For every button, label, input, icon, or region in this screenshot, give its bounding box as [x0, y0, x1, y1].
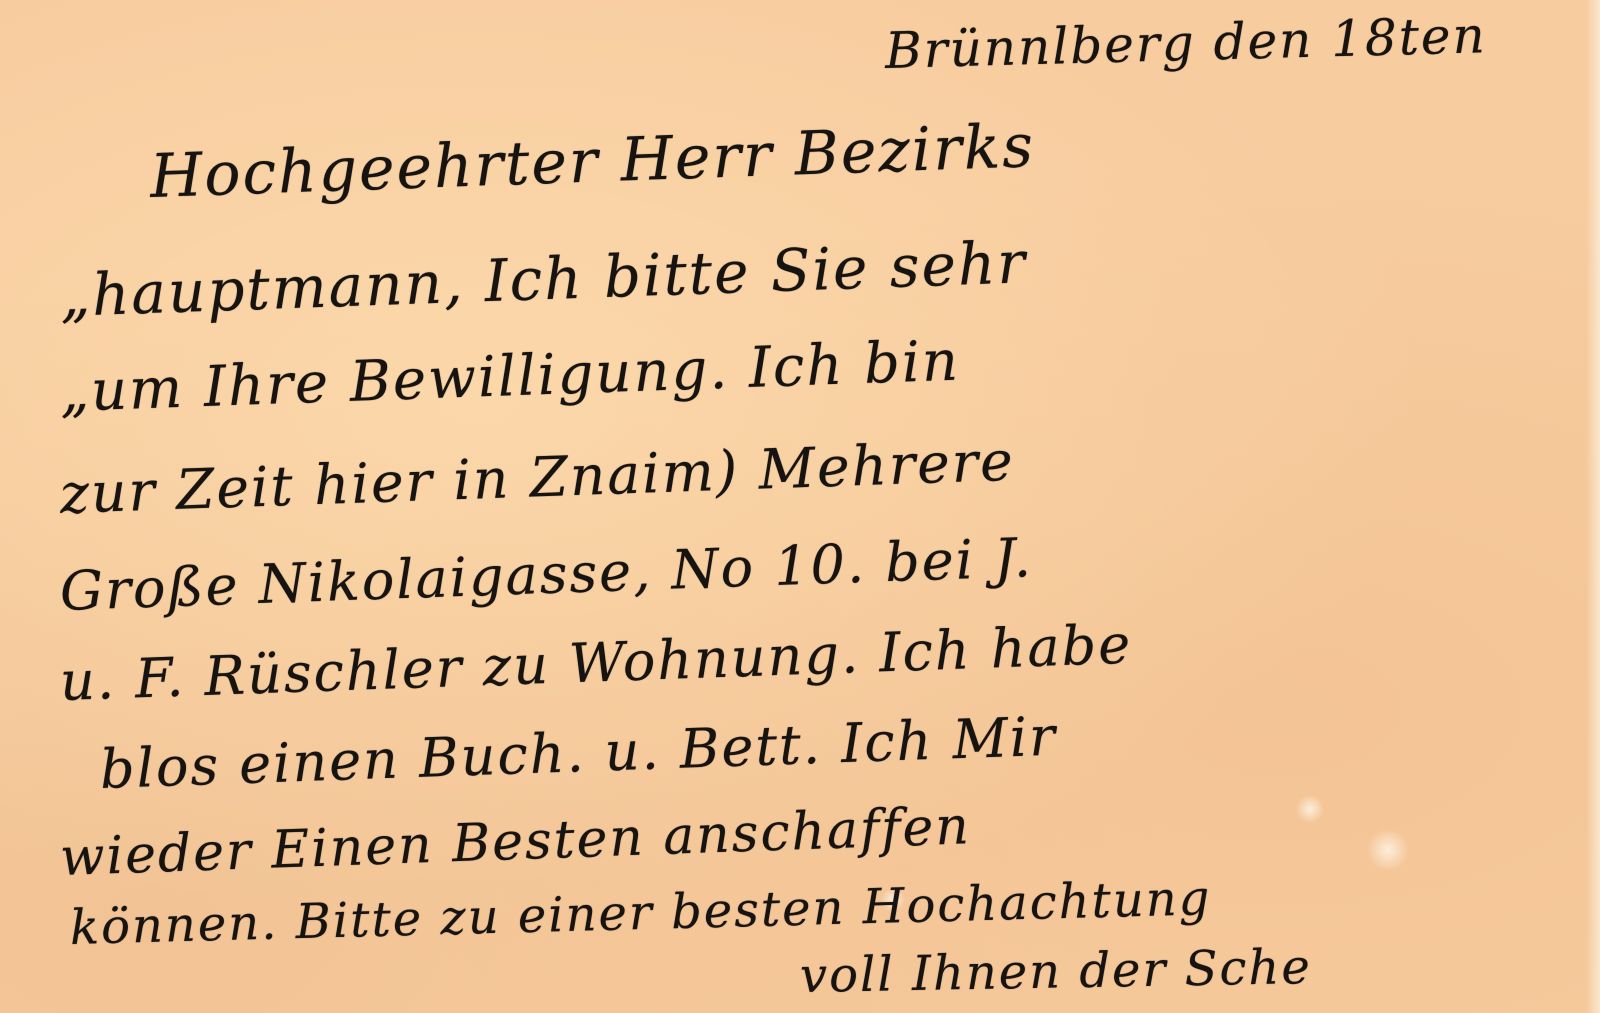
- letter-line-1: Hochgeehrter Herr Bezirks: [149, 111, 1036, 212]
- postcard: Brünnlberg den 18ten Hochgeehrter Herr B…: [0, 0, 1600, 1013]
- paper-blemish: [1365, 830, 1411, 870]
- paper-blemish: [1295, 795, 1325, 823]
- letter-line-6: u. F. Rüschler zu Wohnung. Ich habe: [59, 613, 1133, 713]
- dateline: Brünnlberg den 18ten: [884, 6, 1487, 80]
- card-edge: [1586, 0, 1600, 1013]
- closing-signature: voll Ihnen der Sche: [800, 939, 1313, 1004]
- letter-line-2: „hauptmann, Ich bitte Sie sehr: [59, 228, 1028, 330]
- letter-line-3: „um Ihre Bewilligung. Ich bin: [59, 329, 961, 425]
- letter-line-4: zur Zeit hier in Znaim) Mehrere: [59, 429, 1016, 526]
- letter-line-5: Große Nikolaigasse, No 10. bei J.: [59, 526, 1034, 623]
- letter-line-8: wieder Einen Besten anschaffen: [59, 796, 972, 888]
- letter-line-7: blos einen Buch. u. Bett. Ich Mir: [99, 705, 1058, 801]
